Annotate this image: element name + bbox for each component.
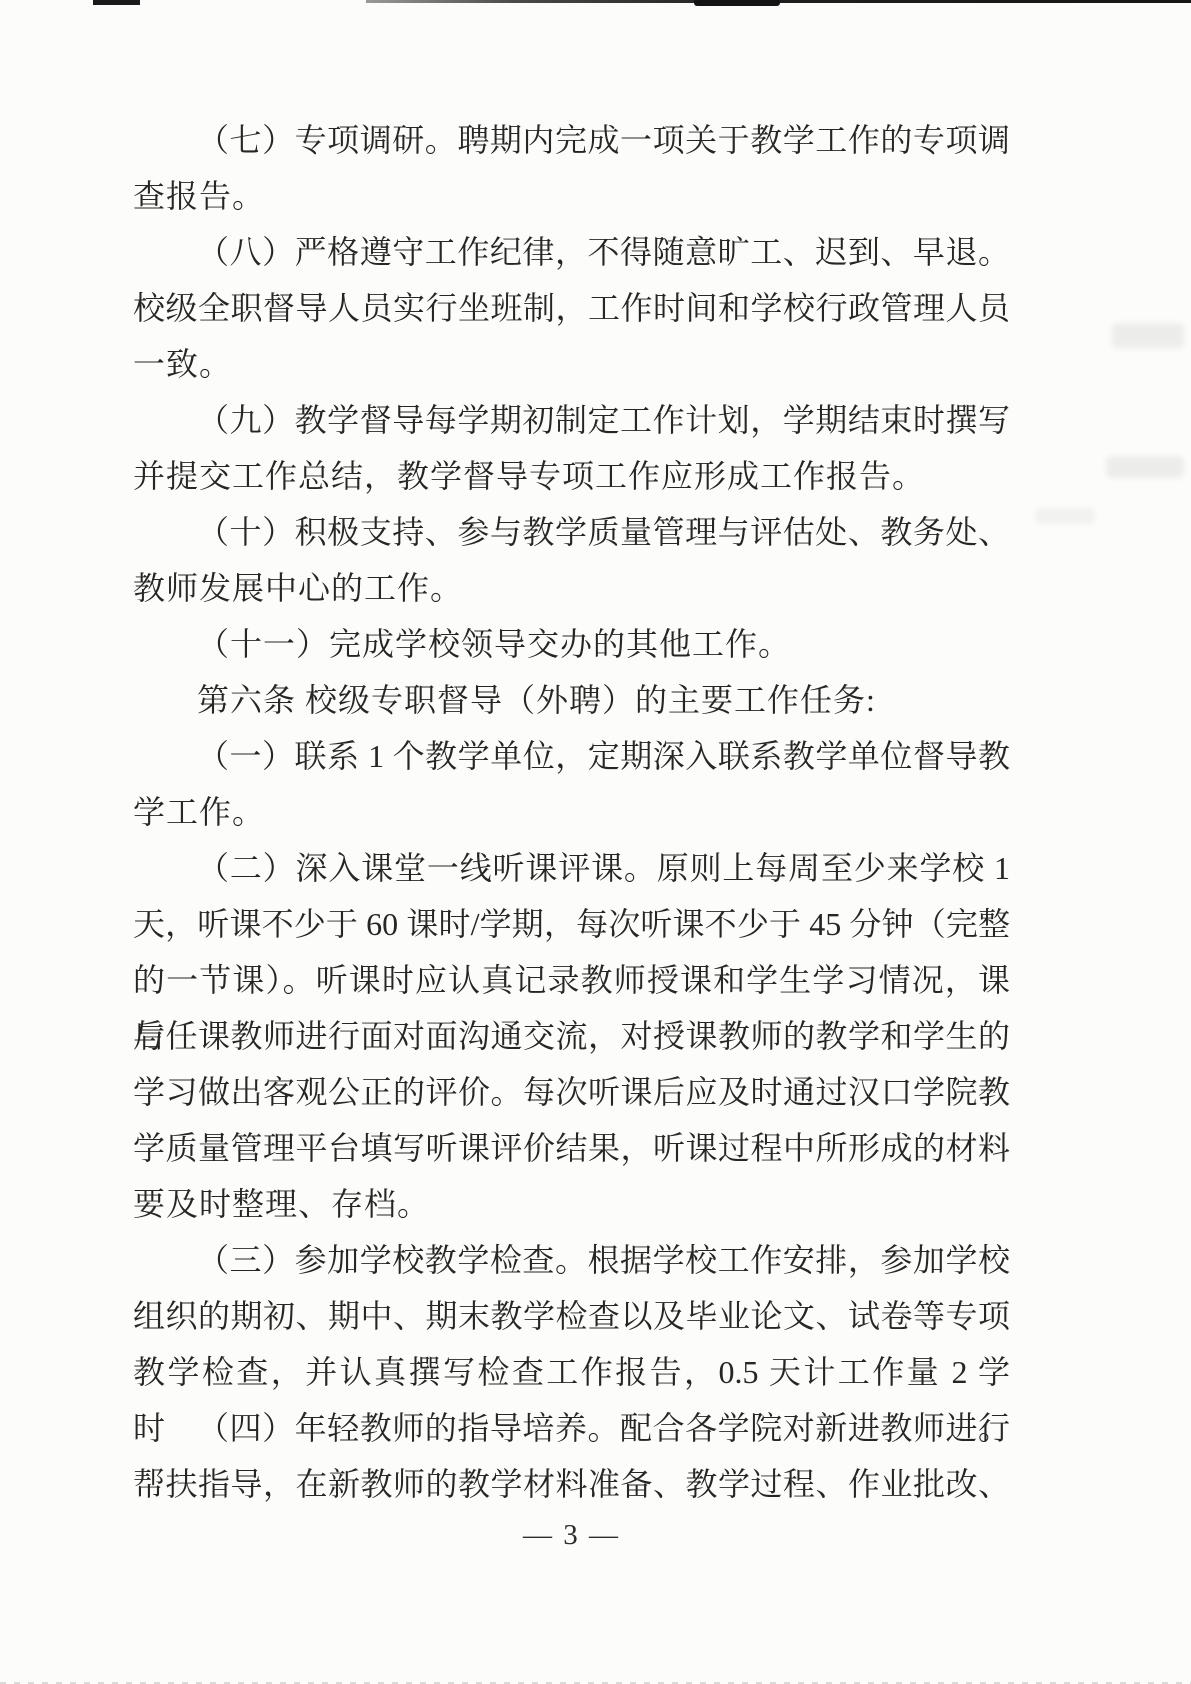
text-line: 查报告。 <box>133 168 1010 224</box>
scan-artifact-top-blob <box>694 0 780 6</box>
text-line: 学质量管理平台填写听课评价结果，听课过程中所形成的材料 <box>133 1120 1010 1176</box>
ink-bleed-smudge <box>1106 456 1184 478</box>
text-line: 学工作。 <box>133 784 1010 840</box>
text-line-article-heading: 第六条 校级专职督导（外聘）的主要工作任务: <box>133 672 1010 728</box>
text-line: （十一）完成学校领导交办的其他工作。 <box>133 616 1010 672</box>
text-line: 要及时整理、存档。 <box>133 1176 1010 1232</box>
text-line: 教师发展中心的工作。 <box>133 560 1010 616</box>
text-line: （四）年轻教师的指导培养。配合各学院对新进教师进行 <box>133 1400 1010 1456</box>
text-line: 学习做出客观公正的评价。每次听课后应及时通过汉口学院教 <box>133 1064 1010 1120</box>
text-line: （九）教学督导每学期初制定工作计划，学期结束时撰写 <box>133 392 1010 448</box>
text-line: 一致。 <box>133 336 1010 392</box>
document-page: （七）专项调研。聘期内完成一项关于教学工作的专项调 查报告。 （八）严格遵守工作… <box>0 0 1191 1684</box>
ink-bleed-smudge <box>1035 508 1095 524</box>
text-line: 帮扶指导，在新教师的教学材料准备、教学过程、作业批改、 <box>133 1456 1010 1512</box>
document-body: （七）专项调研。聘期内完成一项关于教学工作的专项调 查报告。 （八）严格遵守工作… <box>133 112 1010 1512</box>
scan-artifact-top-left <box>93 0 140 5</box>
page-number: — 3 — <box>133 1507 1010 1563</box>
text-line: 的一节课）。听课时应认真记录教师授课和学生学习情况，课后 <box>133 952 1010 1008</box>
text-line: （一）联系 1 个教学单位，定期深入联系教学单位督导教 <box>133 728 1010 784</box>
text-line: （八）严格遵守工作纪律，不得随意旷工、迟到、早退。 <box>133 224 1010 280</box>
text-line: （十）积极支持、参与教学质量管理与评估处、教务处、 <box>133 504 1010 560</box>
text-line: （七）专项调研。聘期内完成一项关于教学工作的专项调 <box>133 112 1010 168</box>
text-line: 教学检查，并认真撰写检查工作报告，0.5 天计工作量 2 学时。 <box>133 1344 1010 1400</box>
text-line: 组织的期初、期中、期末教学检查以及毕业论文、试卷等专项 <box>133 1288 1010 1344</box>
ink-bleed-smudge <box>1112 323 1184 348</box>
text-line: 校级全职督导人员实行坐班制，工作时间和学校行政管理人员 <box>133 280 1010 336</box>
text-line: （三）参加学校教学检查。根据学校工作安排，参加学校 <box>133 1232 1010 1288</box>
text-line: 与任课教师进行面对面沟通交流，对授课教师的教学和学生的 <box>133 1008 1010 1064</box>
text-line: 并提交工作总结，教学督导专项工作应形成工作报告。 <box>133 448 1010 504</box>
text-line: （二）深入课堂一线听课评课。原则上每周至少来学校 1 <box>133 840 1010 896</box>
text-line: 天，听课不少于 60 课时/学期，每次听课不少于 45 分钟（完整 <box>133 896 1010 952</box>
